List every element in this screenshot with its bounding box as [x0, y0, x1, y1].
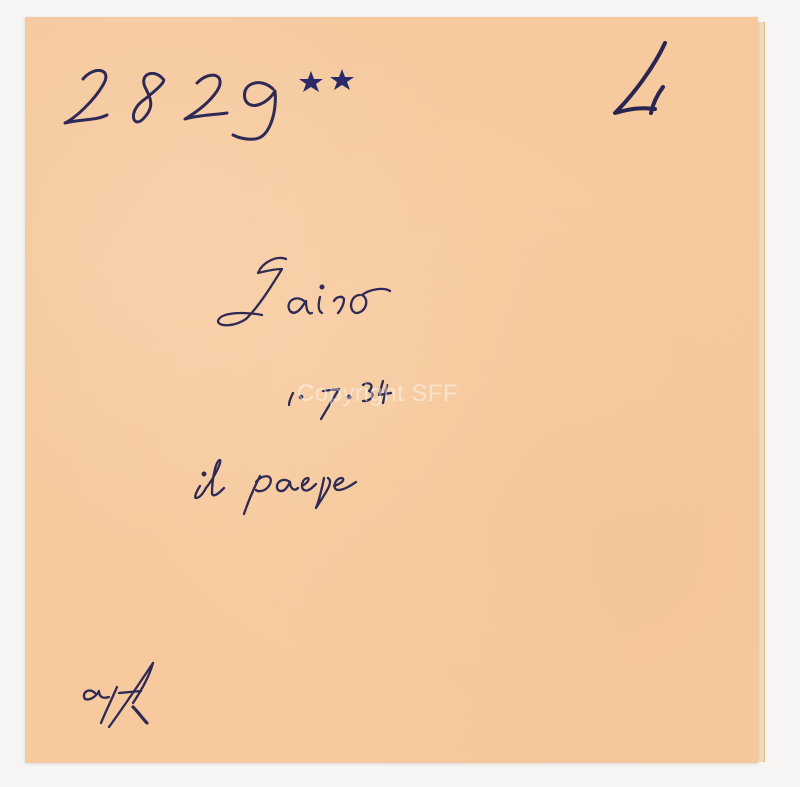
- initials-signature: aff: [75, 657, 175, 737]
- caption-text: il paese: [190, 442, 410, 522]
- copyright-watermark: Copyright SFF: [297, 380, 458, 408]
- catalog-number: 2829 **: [55, 47, 375, 147]
- corner-number: 4: [605, 29, 685, 129]
- place-name: Gairo: [210, 245, 430, 335]
- corner-number-handwriting: [605, 29, 685, 129]
- caption-handwriting: [190, 442, 410, 522]
- place-name-handwriting: [210, 245, 430, 335]
- initials-handwriting: [75, 657, 175, 737]
- catalog-number-handwriting: [55, 47, 375, 147]
